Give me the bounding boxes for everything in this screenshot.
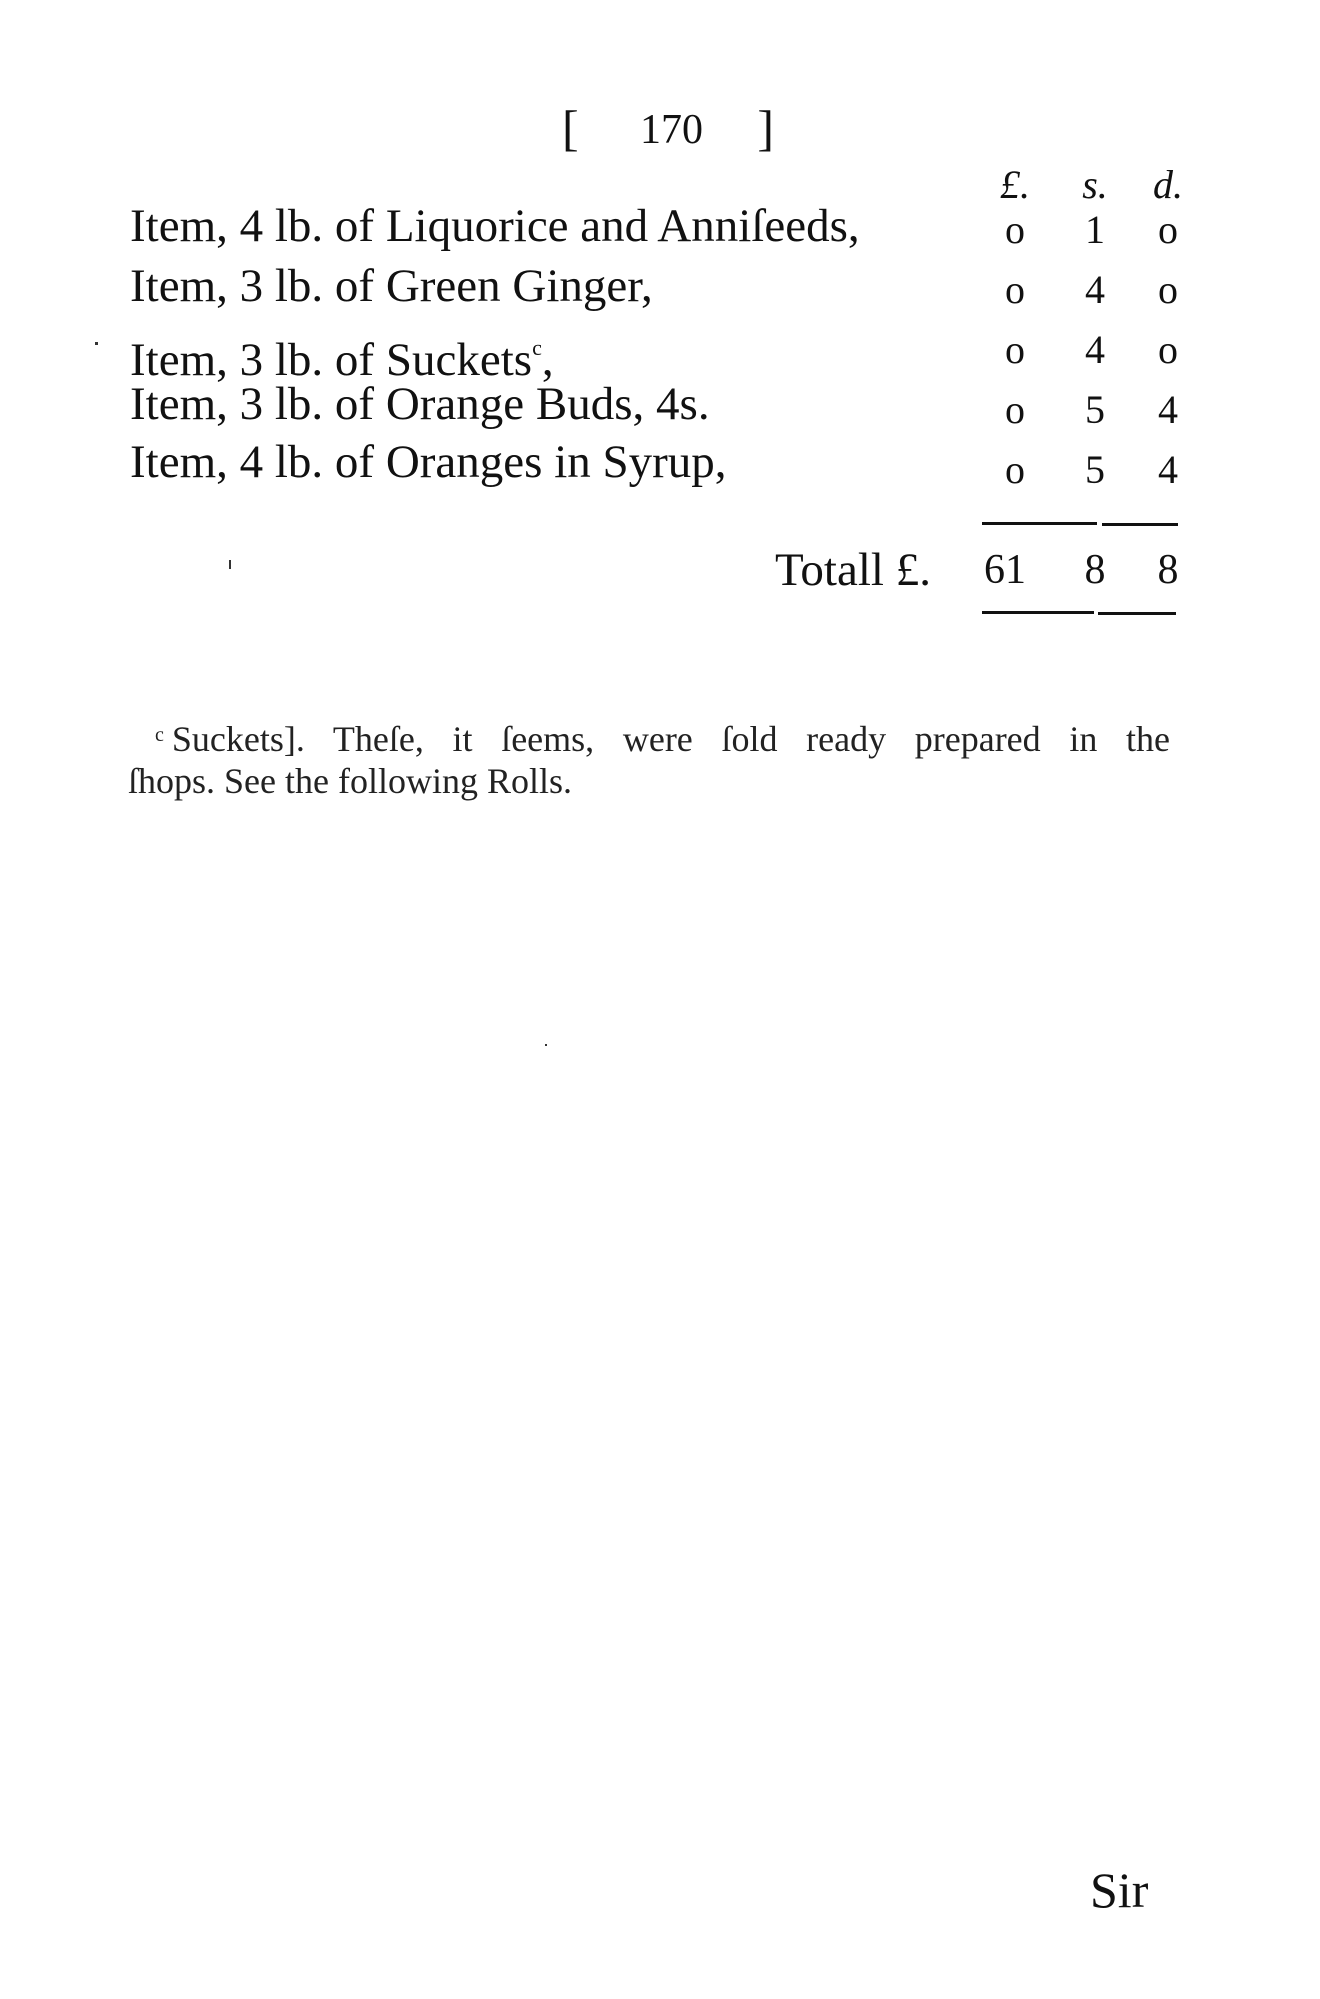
sum-rule-upper-right [1102, 523, 1178, 526]
amount-pence: o [1138, 260, 1198, 320]
amount-shillings: 5 [1065, 440, 1125, 500]
amount-pounds: o [985, 320, 1045, 380]
catchword: Sir [1090, 1862, 1148, 1918]
amount-pounds: o [985, 200, 1045, 260]
account-item-text: Item, 4 lb. of Oranges in Syrup, [130, 432, 727, 492]
amount-shillings: 4 [1065, 320, 1125, 380]
account-item-text: Item, 4 lb. of Liquorice and Anniſeeds, [130, 196, 860, 256]
account-item-text: Item, 3 lb. of Green Ginger, [130, 256, 653, 316]
amount-pence: 4 [1138, 440, 1198, 500]
header-right-bracket: ] [757, 98, 774, 158]
amount-pounds: o [985, 260, 1045, 320]
amount-pence: o [1138, 200, 1198, 260]
header-left-bracket: [ [562, 98, 579, 158]
amount-pounds: o [985, 380, 1045, 440]
amount-shillings: 1 [1065, 200, 1125, 260]
total-pounds: 61 [965, 540, 1045, 600]
page-header: [ 170 ] [562, 98, 774, 158]
sum-rule-lower-right [1098, 612, 1176, 615]
footnote-reference: c [532, 335, 542, 360]
scan-speck [229, 560, 231, 569]
amount-pence: o [1138, 320, 1198, 380]
total-label: Totall £. [775, 540, 931, 600]
footnote-text: Suckets]. Theſe, it ſeems, were ſold rea… [172, 719, 1170, 759]
sum-rule-lower-left [982, 611, 1094, 614]
sum-rule-upper-left [982, 522, 1097, 525]
amount-shillings: 4 [1065, 260, 1125, 320]
scan-speck [95, 342, 98, 345]
total-shillings: 8 [1055, 540, 1135, 600]
scan-speck [545, 1044, 547, 1046]
amount-shillings: 5 [1065, 380, 1125, 440]
footnote-line-2: ſhops. See the following Rolls. [128, 758, 1173, 804]
page-number: 170 [640, 100, 703, 160]
amount-pence: 4 [1138, 380, 1198, 440]
account-item-text: Item, 3 lb. of Orange Buds, 4s. [130, 374, 710, 434]
amount-pounds: o [985, 440, 1045, 500]
footnote-line-1: cSuckets]. Theſe, it ſeems, were ſold re… [155, 712, 1170, 762]
footnote-marker: c [155, 724, 164, 746]
total-pence: 8 [1128, 540, 1208, 600]
